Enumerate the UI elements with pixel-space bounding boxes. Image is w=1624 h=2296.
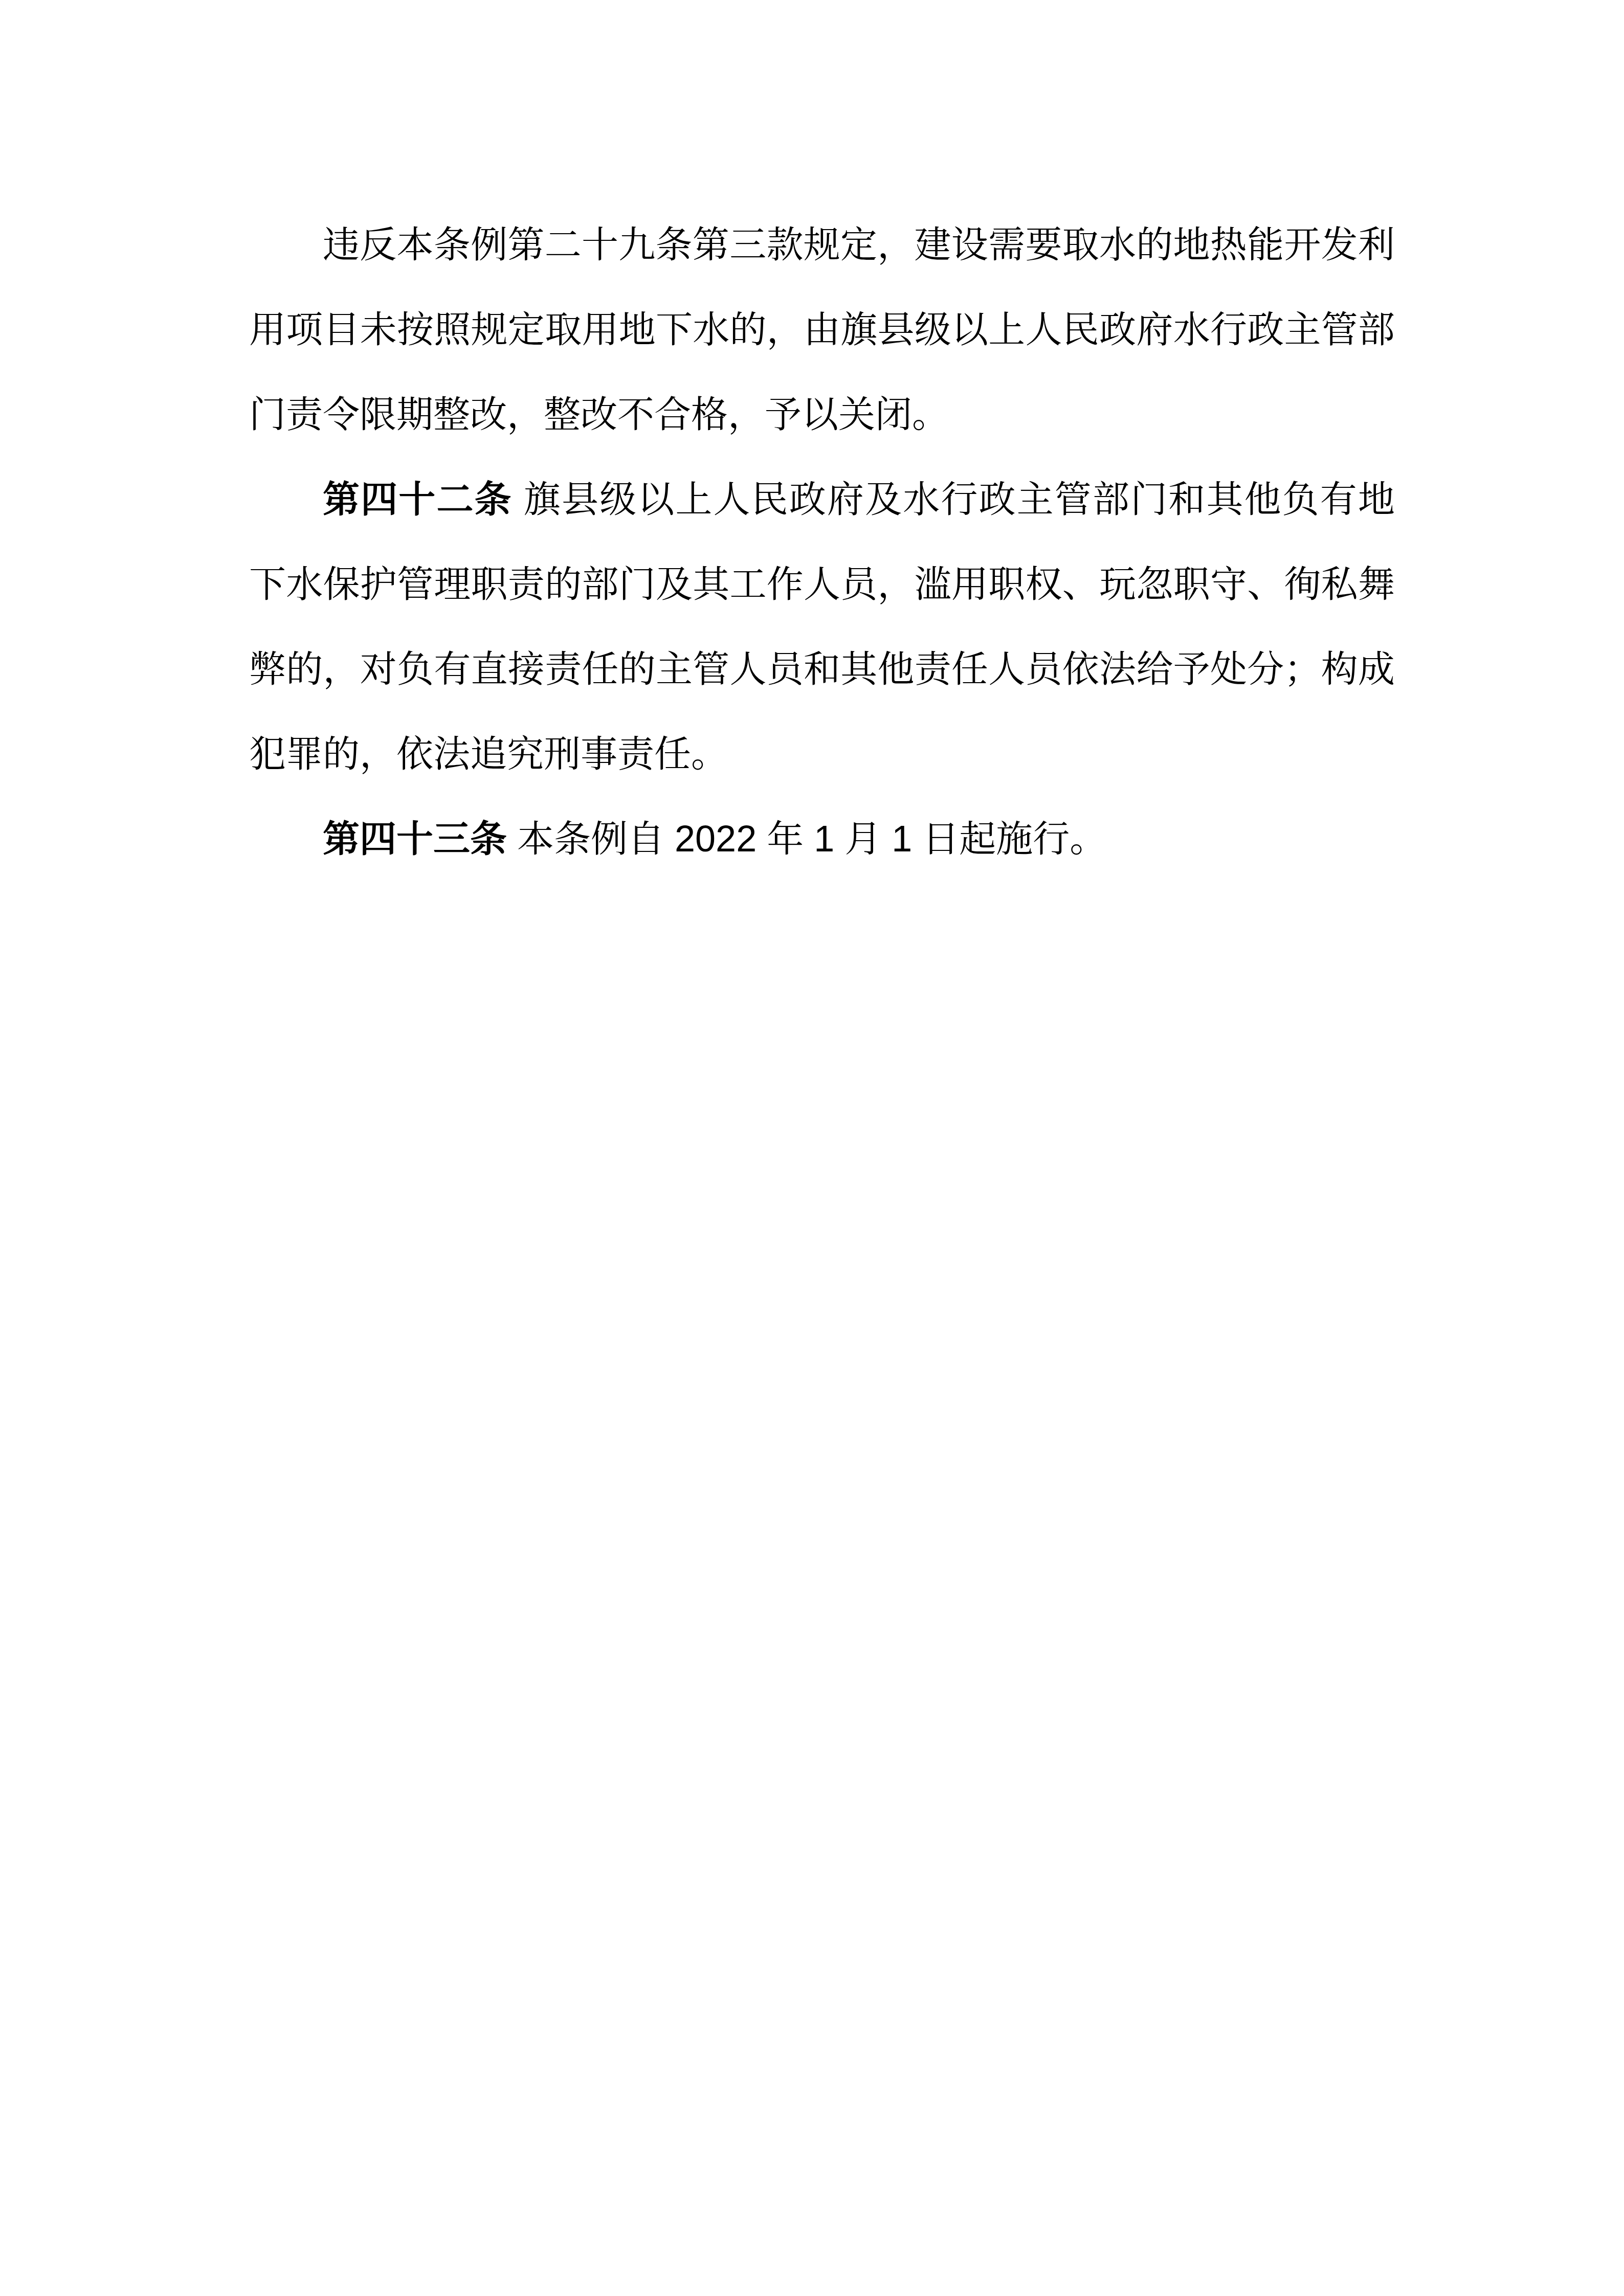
paragraph-penalty-clause: 违反本条例第二十九条第三款规定，建设需要取水的地热能开发利用项目未按照规定取用地… bbox=[249, 202, 1395, 457]
paragraph-text: 违反本条例第二十九条第三款规定，建设需要取水的地热能开发利用项目未按照规定取用地… bbox=[249, 224, 1395, 435]
paragraph-article-43: 第四十三条 本条例自 2022 年 1 月 1 日起施行。 bbox=[249, 797, 1395, 882]
document-text-block: 违反本条例第二十九条第三款规定，建设需要取水的地热能开发利用项目未按照规定取用地… bbox=[249, 202, 1395, 882]
paragraph-article-42: 第四十二条 旗县级以上人民政府及水行政主管部门和其他负有地下水保护管理职责的部门… bbox=[249, 457, 1395, 797]
article-label: 第四十三条 bbox=[323, 819, 507, 860]
paragraph-text: 本条例自 2022 年 1 月 1 日起施行。 bbox=[507, 819, 1106, 860]
paragraph-text: 旗县级以上人民政府及水行政主管部门和其他负有地下水保护管理职责的部门及其工作人员… bbox=[249, 479, 1395, 775]
article-label: 第四十二条 bbox=[323, 479, 513, 520]
document-page: 违反本条例第二十九条第三款规定，建设需要取水的地热能开发利用项目未按照规定取用地… bbox=[0, 0, 1624, 2296]
